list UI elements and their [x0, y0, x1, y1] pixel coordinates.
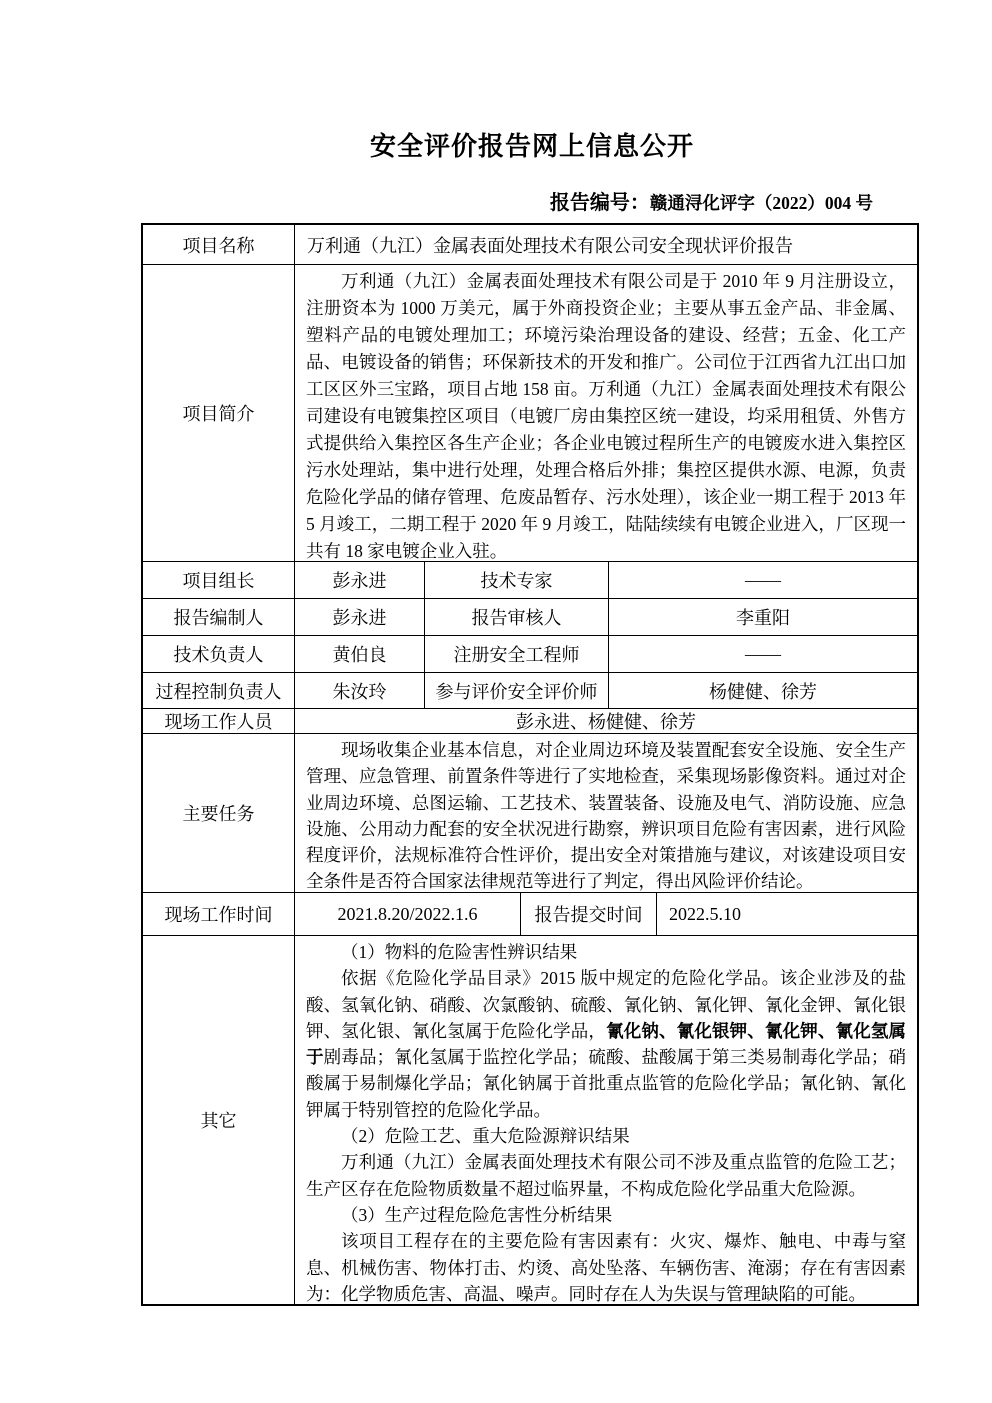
field-staff-value: 彭永进、杨健健、徐芳	[294, 709, 917, 733]
table-row-field-staff: 现场工作人员 彭永进、杨健健、徐芳	[143, 708, 917, 733]
other-section2-paragraph: 万利通（九江）金属表面处理技术有限公司不涉及重点监管的危险工艺；生产区存在危险物…	[306, 1149, 906, 1202]
project-leader-name: 彭永进	[294, 562, 424, 598]
table-row-schedule: 现场工作时间 2021.8.20/2022.1.6 报告提交时间 2022.5.…	[143, 892, 917, 935]
technical-lead-label: 技术负责人	[143, 636, 294, 672]
registered-safety-engineer-value: ——	[608, 636, 917, 672]
table-row-technical-lead: 技术负责人 黄伯良 注册安全工程师 ——	[143, 635, 917, 672]
technical-lead-name: 黄伯良	[294, 636, 424, 672]
field-work-time-value: 2021.8.20/2022.1.6	[294, 893, 520, 935]
table-row-project-leader: 项目组长 彭永进 技术专家 ——	[143, 561, 917, 598]
other-section1-title: （1）物料的危险害性辨识结果	[306, 939, 906, 965]
project-leader-label: 项目组长	[143, 562, 294, 598]
other-section1-text-after: 剧毒品；氰化氢属于监控化学品；硫酸、盐酸属于第三类易制毒化学品；硝酸属于易制爆化…	[306, 1047, 906, 1120]
project-name-label: 项目名称	[143, 225, 294, 264]
project-intro-value: 万利通（九江）金属表面处理技术有限公司是于 2010 年 9 月注册设立，注册资…	[294, 265, 917, 561]
table-row-main-task: 主要任务 现场收集企业基本信息，对企业周边环境及装置配套安全设施、安全生产管理、…	[143, 733, 917, 892]
project-intro-label: 项目简介	[143, 265, 294, 561]
table-row-report-author: 报告编制人 彭永进 报告审核人 李重阳	[143, 598, 917, 635]
document-title: 安全评价报告网上信息公开	[143, 126, 921, 163]
other-section1-paragraph: 依据《危险化学品目录》2015 版中规定的危险化学品。该企业涉及的盐酸、氢氧化钠…	[306, 965, 906, 1123]
process-control-lead-label: 过程控制负责人	[143, 673, 294, 708]
technical-expert-label: 技术专家	[424, 562, 608, 598]
other-section2-title: （2）危险工艺、重大危险源辩识结果	[306, 1123, 906, 1149]
main-task-value: 现场收集企业基本信息，对企业周边环境及装置配套安全设施、安全生产管理、应急管理、…	[294, 734, 917, 892]
field-staff-label: 现场工作人员	[143, 709, 294, 733]
report-author-name: 彭永进	[294, 599, 424, 635]
report-reviewer-value: 李重阳	[608, 599, 917, 635]
table-row-other: 其它 （1）物料的危险害性辨识结果 依据《危险化学品目录》2015 版中规定的危…	[143, 935, 917, 1304]
other-label: 其它	[143, 936, 294, 1304]
participating-evaluators-label: 参与评价安全评价师	[424, 673, 608, 708]
main-task-label: 主要任务	[143, 734, 294, 892]
report-author-label: 报告编制人	[143, 599, 294, 635]
table-row-process-control-lead: 过程控制负责人 朱汝玲 参与评价安全评价师 杨健健、徐芳	[143, 672, 917, 708]
process-control-lead-name: 朱汝玲	[294, 673, 424, 708]
project-name-value: 万利通（九江）金属表面处理技术有限公司安全现状评价报告	[294, 225, 917, 264]
table-row-project-name: 项目名称 万利通（九江）金属表面处理技术有限公司安全现状评价报告	[143, 225, 917, 264]
technical-expert-value: ——	[608, 562, 917, 598]
registered-safety-engineer-label: 注册安全工程师	[424, 636, 608, 672]
participating-evaluators-value: 杨健健、徐芳	[608, 673, 917, 708]
info-table: 项目名称 万利通（九江）金属表面处理技术有限公司安全现状评价报告 项目简介 万利…	[141, 223, 919, 1306]
field-work-time-label: 现场工作时间	[143, 893, 294, 935]
report-reviewer-label: 报告审核人	[424, 599, 608, 635]
other-section3-paragraph: 该项目工程存在的主要危险有害因素有：火灾、爆炸、触电、中毒与窒息、机械伤害、物体…	[306, 1228, 906, 1307]
table-row-project-intro: 项目简介 万利通（九江）金属表面处理技术有限公司是于 2010 年 9 月注册设…	[143, 264, 917, 561]
report-number: 报告编号：赣通浔化评字（2022）004 号	[550, 186, 873, 215]
report-submit-time-value: 2022.5.10	[656, 893, 917, 935]
other-section3-title: （3）生产过程危险危害性分析结果	[306, 1202, 906, 1228]
report-number-value: 赣通浔化评字（2022）004 号	[650, 193, 873, 213]
project-intro-paragraph: 万利通（九江）金属表面处理技术有限公司是于 2010 年 9 月注册设立，注册资…	[306, 268, 906, 565]
document-page: 安全评价报告网上信息公开 报告编号：赣通浔化评字（2022）004 号 项目名称…	[0, 0, 992, 1403]
report-submit-time-label: 报告提交时间	[520, 893, 656, 935]
other-value: （1）物料的危险害性辨识结果 依据《危险化学品目录》2015 版中规定的危险化学…	[294, 936, 917, 1304]
report-number-label: 报告编号：	[550, 192, 650, 214]
main-task-paragraph: 现场收集企业基本信息，对企业周边环境及装置配套安全设施、安全生产管理、应急管理、…	[306, 737, 906, 895]
